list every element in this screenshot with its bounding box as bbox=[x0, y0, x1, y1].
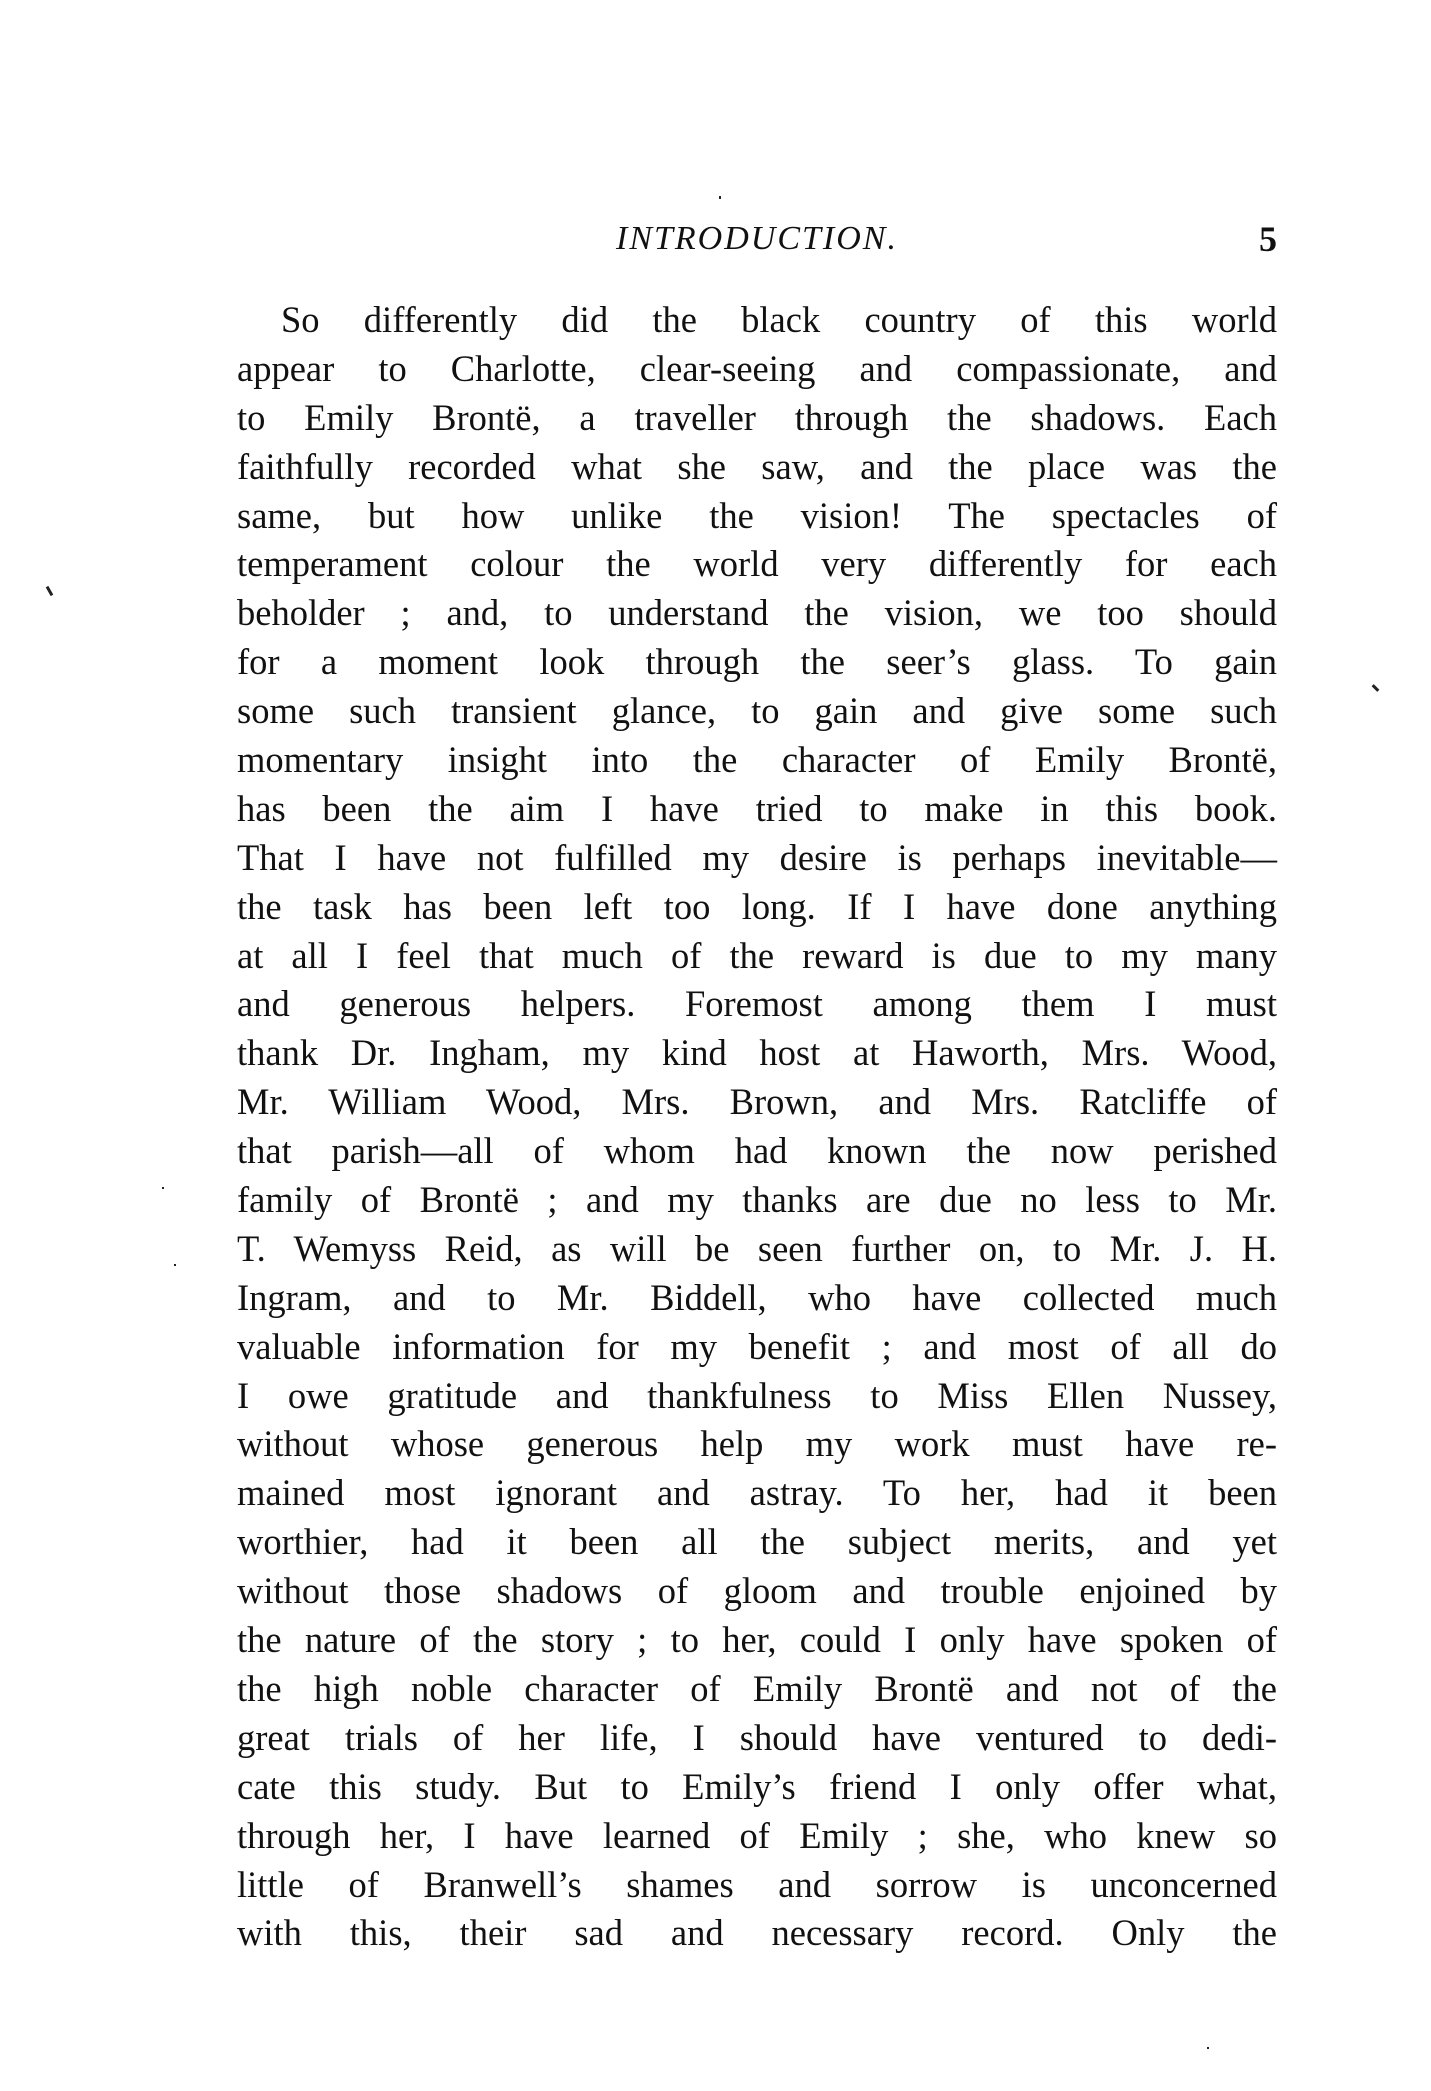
text-line: family of Brontë ; and my thanks are due… bbox=[237, 1176, 1277, 1225]
text-line: the nature of the story ; to her, could … bbox=[237, 1616, 1277, 1665]
text-line: mained most ignorant and astray. To her,… bbox=[237, 1469, 1277, 1518]
running-head: INTRODUCTION. 5 bbox=[237, 214, 1277, 264]
text-line: worthier, had it been all the subject me… bbox=[237, 1518, 1277, 1567]
text-line: the task has been left too long. If I ha… bbox=[237, 883, 1277, 932]
running-title: INTRODUCTION. bbox=[237, 214, 1277, 264]
text-line: to Emily Brontë, a traveller through the… bbox=[237, 394, 1277, 443]
text-line: Mr. William Wood, Mrs. Brown, and Mrs. R… bbox=[237, 1078, 1277, 1127]
text-line: without whose generous help my work must… bbox=[237, 1420, 1277, 1469]
scan-speck bbox=[174, 1264, 176, 1266]
book-page: INTRODUCTION. 5 So differently did the b… bbox=[0, 0, 1431, 2091]
text-line: little of Branwell’s shames and sorrow i… bbox=[237, 1861, 1277, 1910]
text-line: at all I feel that much of the reward is… bbox=[237, 932, 1277, 981]
text-line: some such transient glance, to gain and … bbox=[237, 687, 1277, 736]
scan-speck bbox=[162, 1187, 164, 1189]
text-line: with this, their sad and necessary recor… bbox=[237, 1909, 1277, 1958]
text-line: temperament colour the world very differ… bbox=[237, 540, 1277, 589]
page-number: 5 bbox=[1259, 214, 1277, 264]
text-line: that parish—all of whom had known the no… bbox=[237, 1127, 1277, 1176]
scan-speck bbox=[1372, 684, 1380, 692]
text-line: same, but how unlike the vision! The spe… bbox=[237, 492, 1277, 541]
text-line: valuable information for my benefit ; an… bbox=[237, 1323, 1277, 1372]
text-line: without those shadows of gloom and troub… bbox=[237, 1567, 1277, 1616]
text-line: T. Wemyss Reid, as will be seen further … bbox=[237, 1225, 1277, 1274]
text-line: That I have not fulfilled my desire is p… bbox=[237, 834, 1277, 883]
text-line: So differently did the black country of … bbox=[237, 296, 1277, 345]
text-line: Ingram, and to Mr. Biddell, who have col… bbox=[237, 1274, 1277, 1323]
text-line: cate this study. But to Emily’s friend I… bbox=[237, 1763, 1277, 1812]
text-line: the high noble character of Emily Brontë… bbox=[237, 1665, 1277, 1714]
text-line: great trials of her life, I should have … bbox=[237, 1714, 1277, 1763]
text-line: appear to Charlotte, clear-seeing and co… bbox=[237, 345, 1277, 394]
body-paragraph: So differently did the black country of … bbox=[237, 296, 1277, 1958]
text-line: faithfully recorded what she saw, and th… bbox=[237, 443, 1277, 492]
text-line: has been the aim I have tried to make in… bbox=[237, 785, 1277, 834]
scan-speck bbox=[46, 586, 54, 596]
scan-speck bbox=[1207, 2047, 1209, 2049]
scan-speck bbox=[719, 196, 721, 199]
text-line: I owe gratitude and thankfulness to Miss… bbox=[237, 1372, 1277, 1421]
text-line: through her, I have learned of Emily ; s… bbox=[237, 1812, 1277, 1861]
text-line: for a moment look through the seer’s gla… bbox=[237, 638, 1277, 687]
text-line: beholder ; and, to understand the vision… bbox=[237, 589, 1277, 638]
text-line: momentary insight into the character of … bbox=[237, 736, 1277, 785]
text-line: thank Dr. Ingham, my kind host at Hawort… bbox=[237, 1029, 1277, 1078]
text-line: and generous helpers. Foremost among the… bbox=[237, 980, 1277, 1029]
